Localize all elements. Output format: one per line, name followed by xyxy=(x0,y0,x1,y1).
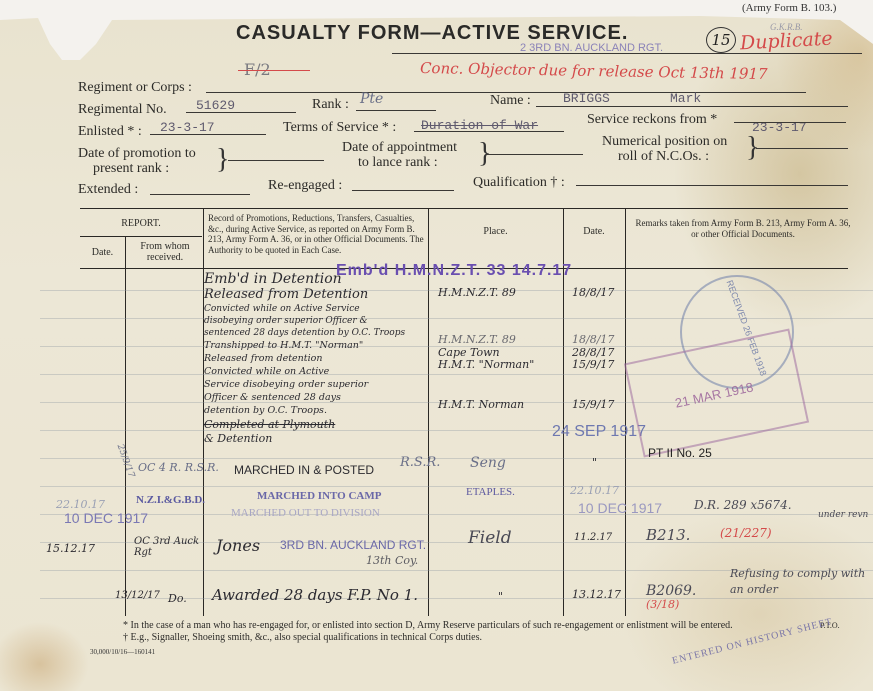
nco-label-2: roll of N.C.Os. : xyxy=(618,149,709,165)
extended-label: Extended : xyxy=(78,182,138,198)
record-line: sentenced 28 days detention by O.C. Troo… xyxy=(204,327,428,339)
header-rule xyxy=(392,53,862,54)
camp-date-2-faint: 22.10.17 xyxy=(570,484,619,497)
marched-out-stamp: MARCHED OUT TO DIVISION xyxy=(231,507,380,519)
ruled-line xyxy=(40,514,873,515)
regimental-no-value: 51629 xyxy=(196,98,235,113)
regiment-label: Regiment or Corps : xyxy=(78,80,192,96)
ruled-line xyxy=(40,458,873,459)
marched-place-note: R.S.R. xyxy=(400,455,440,470)
initials-pencil: G.K.R.B. xyxy=(770,22,803,32)
footnote-star: * In the case of a man who has re-engage… xyxy=(123,620,733,631)
promotion-label-2: present rank : xyxy=(93,161,169,177)
surname-value: BRIGGS xyxy=(563,91,610,106)
report-divider xyxy=(80,236,202,237)
header-date: Date. xyxy=(80,247,125,258)
part-two-number: PT II No. 25 xyxy=(648,446,712,460)
date-entry: 18/8/17 xyxy=(572,333,614,346)
date-entry: 15/9/17 xyxy=(572,358,614,371)
marched-place: Seng xyxy=(470,455,506,471)
jones-remark-red: (21/227) xyxy=(720,526,772,540)
camp-place: ETAPLES. xyxy=(466,486,515,498)
reengaged-line xyxy=(352,190,454,191)
marched-into-camp-stamp: MARCHED INTO CAMP xyxy=(257,490,381,502)
header-from-whom: From whom received. xyxy=(128,241,202,263)
camp-date-stamp: 10 DEC 1917 xyxy=(64,510,148,526)
sep-date-stamp: 24 SEP 1917 xyxy=(552,423,646,441)
qualification-line xyxy=(576,185,848,186)
header-place: Place. xyxy=(428,226,563,237)
awarded-place: " xyxy=(498,590,503,603)
jones-record: Jones xyxy=(216,536,260,555)
awarded-remark-red: (3/18) xyxy=(646,598,679,611)
marched-date-2: " xyxy=(592,456,597,469)
header-date-2: Date. xyxy=(563,226,625,237)
col-divider xyxy=(625,208,626,616)
promotion-label-1: Date of promotion to xyxy=(78,146,196,162)
awarded-record: Awarded 28 days F.P. No 1. xyxy=(212,586,418,604)
date-entry: 15/9/17 xyxy=(572,398,614,411)
header-remarks: Remarks taken from Army Form B. 213, Arm… xyxy=(632,218,854,239)
reengaged-label: Re-engaged : xyxy=(268,178,342,194)
marched-stamp: MARCHED IN & POSTED xyxy=(234,463,374,477)
red-strike xyxy=(238,70,310,71)
print-code: 30,000/10/16—160141 xyxy=(90,648,155,656)
record-line: Convicted while on Active xyxy=(204,365,428,378)
record-line: Released from detention xyxy=(204,352,428,365)
rank-value: Pte xyxy=(360,91,383,107)
awarded-from: Do. xyxy=(168,592,187,605)
terms-label: Terms of Service * : xyxy=(283,120,396,136)
jones-remark: B213. xyxy=(646,526,690,544)
footnote-dagger: † E.g., Signaller, Shoeing smith, &c., a… xyxy=(123,632,482,643)
place-entry: H.M.T. "Norman" xyxy=(438,358,534,371)
rank-line xyxy=(356,110,436,111)
jones-place: Field xyxy=(468,528,512,548)
service-reckons-label: Service reckons from * xyxy=(587,112,717,128)
name-line xyxy=(536,106,848,107)
record-line: & Detention xyxy=(204,432,428,446)
header-report: REPORT. xyxy=(80,218,202,229)
extended-line xyxy=(150,194,250,195)
jones-record-sub: 13th Coy. xyxy=(366,554,418,567)
record-line: Released from Detention xyxy=(204,287,428,303)
awarded-remark-note: Refusing to comply with an order xyxy=(730,566,870,598)
record-line: Transhipped to H.M.T. "Norman" xyxy=(204,339,428,352)
place-entry: H.M.T. Norman xyxy=(438,398,524,411)
name-label: Name : xyxy=(490,93,531,109)
camp-date-2-stamp: 10 DEC 1917 xyxy=(578,500,662,516)
record-line: Service disobeying order superior xyxy=(204,378,428,391)
army-form-ref: (Army Form B. 103.) xyxy=(742,2,836,14)
record-line: disobeying order superior Officer & xyxy=(204,315,428,327)
jones-date: 15.12.17 xyxy=(46,542,95,555)
record-entries: Emb'd in Detention Released from Detenti… xyxy=(204,272,428,446)
camp-remark-note: under revn xyxy=(818,510,868,520)
awarded-remark: B2069. xyxy=(646,583,696,599)
jones-from: OC 3rd Auck Rgt xyxy=(134,536,202,558)
ruled-line xyxy=(40,486,873,487)
service-reckons-line xyxy=(734,122,846,123)
enlisted-label: Enlisted * : xyxy=(78,124,142,140)
record-line: Completed at Plymouth xyxy=(204,417,428,432)
table-top-rule xyxy=(80,208,848,209)
record-line: Emb'd in Detention xyxy=(204,272,428,287)
regimental-no-line xyxy=(186,112,296,113)
nco-label-1: Numerical position on xyxy=(602,134,727,150)
jones-date-2: 11.2.17 xyxy=(574,532,612,543)
auckland-stamp: 3RD BN. AUCKLAND RGT. xyxy=(280,538,426,552)
first-name-value: Mark xyxy=(670,91,701,106)
ruled-line xyxy=(40,598,873,599)
awarded-date-2: 13.12.17 xyxy=(572,588,621,601)
camp-remark: D.R. 289 x5674. xyxy=(694,498,792,512)
header-record: Record of Promotions, Reductions, Transf… xyxy=(208,213,424,255)
record-line: Officer & sentenced 28 days xyxy=(204,391,428,404)
enlisted-line xyxy=(150,134,266,135)
appointment-line xyxy=(487,154,583,155)
promotion-line xyxy=(228,160,324,161)
place-entry: H.M.N.Z.T. 89 xyxy=(438,333,516,346)
enlisted-value: 23-3-17 xyxy=(160,120,215,135)
awarded-date: 13/12/17 xyxy=(115,590,160,601)
appointment-label-1: Date of appointment xyxy=(342,140,457,156)
rank-label: Rank : xyxy=(312,97,349,113)
place-entry: H.M.N.Z.T. 89 xyxy=(438,286,516,299)
qualification-label: Qualification † : xyxy=(473,175,565,191)
col-divider xyxy=(125,236,126,616)
circled-number: 15 xyxy=(706,27,736,53)
nco-line xyxy=(756,148,848,149)
terms-line xyxy=(414,131,564,132)
appointment-label-2: to lance rank : xyxy=(358,155,438,171)
date-entry: 18/8/17 xyxy=(572,286,614,299)
marched-from: OC 4 R. R.S.R. xyxy=(138,461,219,474)
regimental-no-label: Regimental No. xyxy=(78,102,167,118)
camp-from-stamp: N.Z.I.&G.B.D. xyxy=(136,494,205,506)
record-line: Convicted while on Active Service xyxy=(204,303,428,315)
record-line: detention by O.C. Troops. xyxy=(204,404,428,417)
